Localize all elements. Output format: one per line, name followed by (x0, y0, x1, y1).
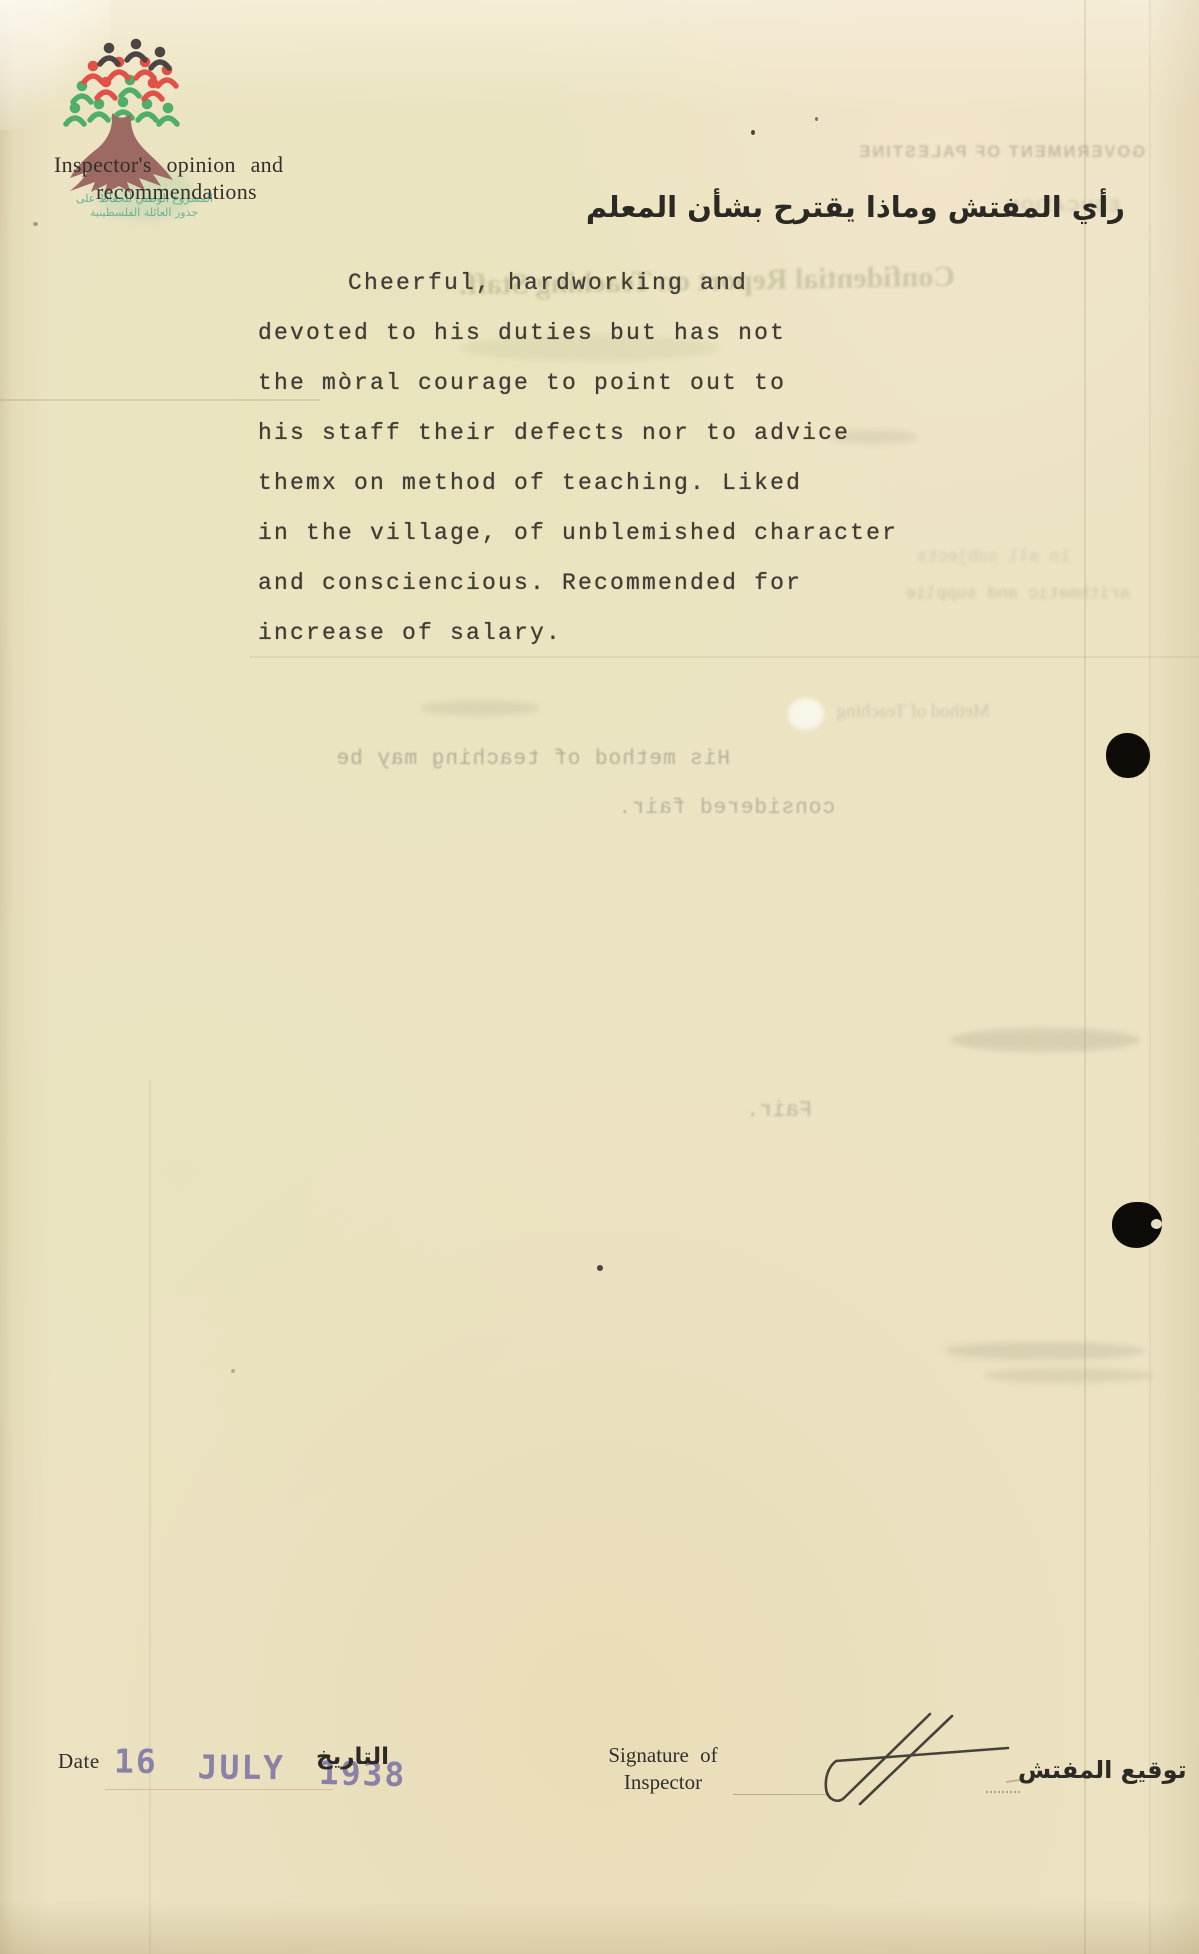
inspector-signature (812, 1708, 1022, 1808)
bleedthrough-method-line1: His method of teaching may be (360, 748, 730, 771)
bleedthrough-smudge (420, 700, 540, 716)
bleedthrough-government-line: GOVERNMENT OF PALESTINE (845, 143, 1145, 162)
bleedthrough-smudge (950, 1028, 1140, 1052)
faint-horizontal-crease (0, 399, 320, 401)
bleedthrough-fragment-b: in all subjects (790, 548, 1070, 567)
report-line: devoted to his duties but has not (258, 320, 786, 346)
date-rule-line (105, 1789, 333, 1790)
ink-speck (815, 117, 818, 121)
correction-white-spot (788, 698, 824, 730)
date-label: Date (58, 1749, 100, 1774)
date-stamp-day: 16 (114, 1741, 158, 1780)
bleedthrough-method-line2: considered fair. (640, 797, 835, 820)
inspector-signature-svg (812, 1708, 1022, 1808)
punch-hole-notch (1151, 1219, 1162, 1229)
vertical-fold-line-right (1149, 0, 1151, 1954)
report-line: and consciencious. Recommended for (258, 570, 802, 596)
bleedthrough-fragment-a: arithmetic and supplie (800, 585, 1130, 604)
signature-label-arabic: توقيع المفتش (1018, 1756, 1187, 1784)
ink-speck (33, 222, 38, 226)
punch-hole-top (1106, 733, 1150, 778)
date-label-arabic: التاريخ (316, 1744, 389, 1770)
report-line: increase of salary. (258, 620, 562, 646)
faint-horizontal-crease-mid (250, 656, 1199, 658)
vertical-crease-left (149, 1080, 151, 1954)
vertical-fold-line (1084, 0, 1086, 1954)
scanned-inspection-report-page: { "header": { "logo_name": "tree-of-peop… (0, 0, 1199, 1954)
bleedthrough-smudge (985, 1368, 1155, 1383)
report-line: the mòral courage to point out to (258, 370, 786, 396)
report-line: his staff their defects nor to advice (258, 420, 850, 446)
ink-speck (231, 1369, 235, 1373)
report-line: Cheerful, hardworking and (348, 270, 748, 296)
ink-speck (751, 130, 755, 135)
inspector-opinion-label-arabic: رأي المفتش وماذا يقترح بشأن المعلم (586, 190, 1125, 224)
inspector-opinion-label-line1: Inspector's opinion and (54, 152, 283, 178)
bleedthrough-smudge (945, 1342, 1145, 1360)
logo-watermark-line2: جذور العائلة الفلسطينية (90, 206, 198, 219)
ink-speck (597, 1265, 603, 1271)
date-stamp-month: JULY (197, 1747, 285, 1787)
signature-label-line1: Signature of (588, 1743, 738, 1768)
inspector-opinion-label-line2: recommendations (96, 179, 257, 205)
report-line: in the village, of unblemished character (258, 520, 898, 546)
report-line: themx on method of teaching. Liked (258, 470, 802, 496)
signature-label-line2: Inspector (588, 1770, 738, 1795)
bleedthrough-fair-fragment: Fair. (742, 1098, 812, 1123)
